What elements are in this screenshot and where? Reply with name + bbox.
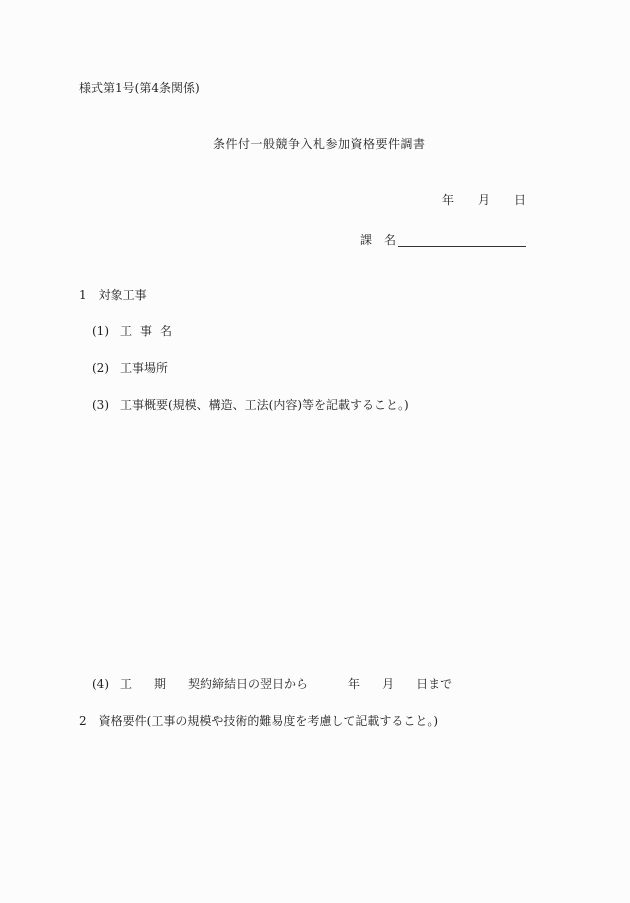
item-4-label-char: 工 xyxy=(120,677,132,691)
item-3-number: (3) xyxy=(92,398,120,412)
section-1-heading: 1対象工事 xyxy=(79,288,147,302)
date-day-label: 日 xyxy=(514,193,526,207)
section-2-title: 資格要件(工事の規模や技術的難易度を考慮して記載すること。) xyxy=(99,714,438,728)
document-title: 条件付一般競争入札参加資格要件調書 xyxy=(213,137,426,151)
item-4-year-label: 年 xyxy=(348,677,360,691)
item-1-label-char: 工 xyxy=(120,324,132,338)
item-construction-overview: (3)工事概要(規模、構造、工法(内容)等を記載すること。) xyxy=(92,398,409,412)
form-number: 様式第1号(第4条関係) xyxy=(79,81,200,95)
date-month-label: 月 xyxy=(478,193,490,207)
item-4-month-label: 月 xyxy=(382,677,394,691)
item-1-label-char: 事 xyxy=(140,324,152,338)
section-name-label-char1: 課 xyxy=(360,233,372,247)
section-name-line: 課名 xyxy=(360,233,526,247)
item-construction-name: (1)工事名 xyxy=(92,324,172,338)
item-construction-location: (2)工事場所 xyxy=(92,361,168,375)
item-4-number: (4) xyxy=(92,677,120,691)
item-3-label: 工事概要(規模、構造、工法(内容)等を記載すること。) xyxy=(120,398,409,412)
item-4-text: 契約締結日の翌日から xyxy=(188,677,308,691)
item-2-label: 工事場所 xyxy=(120,361,168,375)
section-2-heading: 2資格要件(工事の規模や技術的難易度を考慮して記載すること。) xyxy=(79,714,438,728)
section-name-field[interactable] xyxy=(398,234,526,247)
item-4-label-char: 期 xyxy=(154,677,166,691)
item-1-label-char: 名 xyxy=(160,324,172,338)
section-1-number: 1 xyxy=(79,288,87,302)
item-construction-period: (4)工期契約締結日の翌日から年月日まで xyxy=(92,677,452,691)
section-2-number: 2 xyxy=(79,714,87,728)
item-4-until-label: 日まで xyxy=(416,677,452,691)
date-year-label: 年 xyxy=(442,193,454,207)
date-line: 年月日 xyxy=(442,193,526,207)
item-2-number: (2) xyxy=(92,361,120,375)
section-name-label-char2: 名 xyxy=(384,233,396,247)
section-1-title: 対象工事 xyxy=(99,288,147,302)
item-1-number: (1) xyxy=(92,324,120,338)
